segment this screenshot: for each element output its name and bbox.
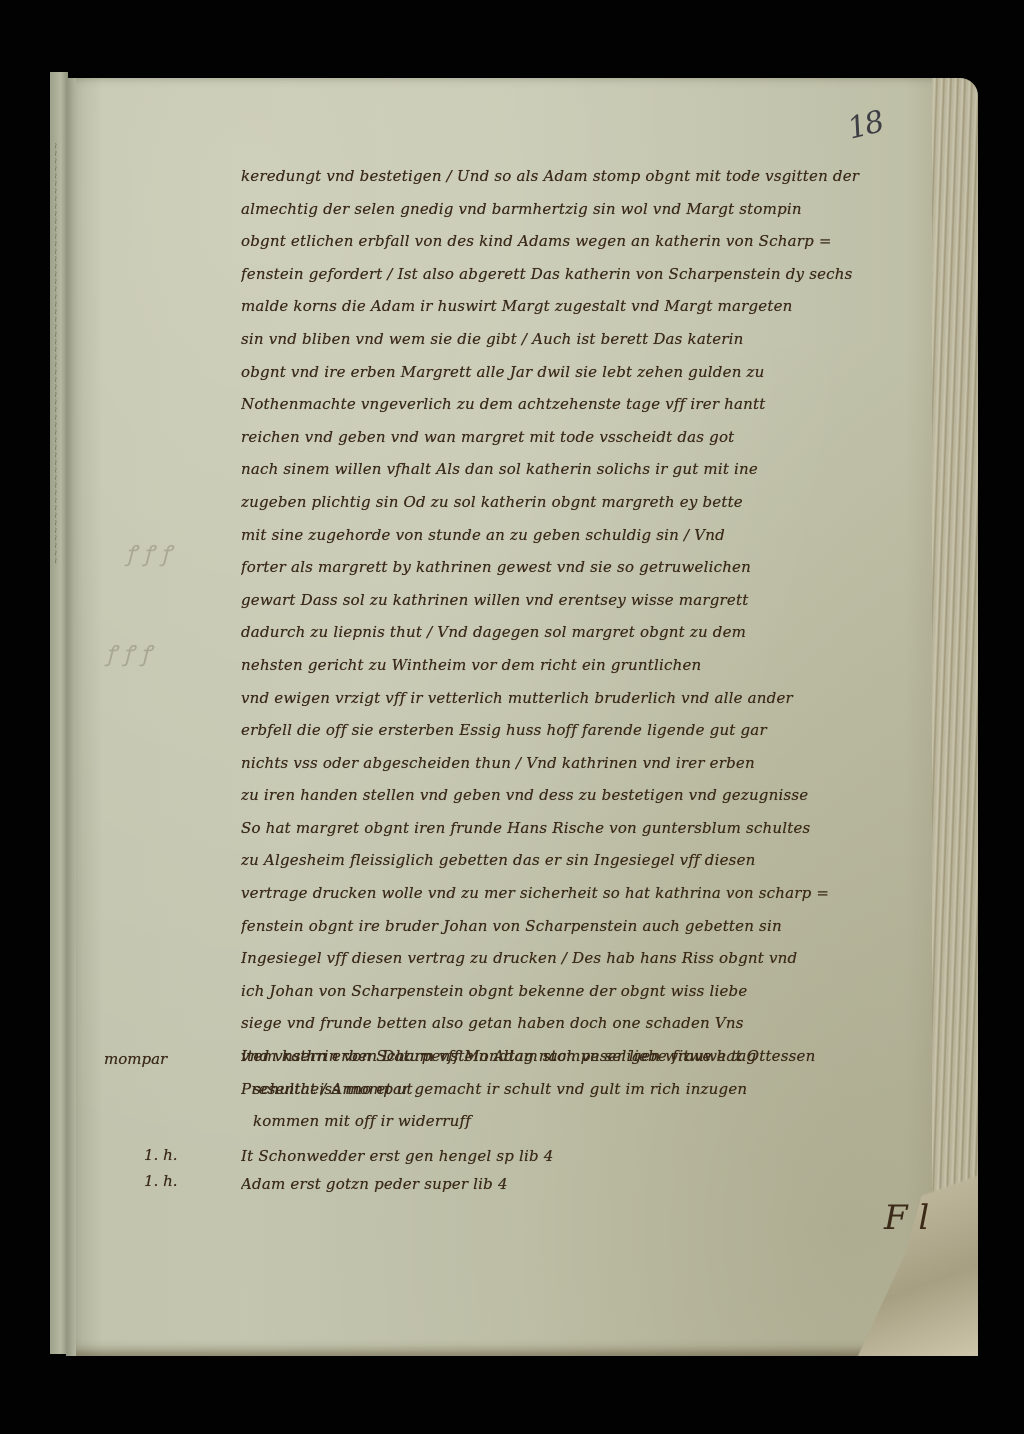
text-line: So hat margret obgnt iren frunde Hans Ri… <box>241 812 961 845</box>
text-line: fenstein gefordert / Ist also abgerett D… <box>241 258 961 291</box>
entry-line: schultheiss mompar gemacht ir schult vnd… <box>241 1073 941 1106</box>
bottom-corner-mark: F l <box>884 1198 929 1238</box>
text-line: nehsten gericht zu Wintheim vor dem rich… <box>241 649 961 682</box>
text-line: zu iren handen stellen vnd geben vnd des… <box>241 779 961 812</box>
text-line: siege vnd frunde betten also getan haben… <box>241 1007 961 1040</box>
text-line: sin vnd bliben vnd wem sie die gibt / Au… <box>241 323 961 356</box>
text-line: vnd ewigen vrzigt vff ir vetterlich mutt… <box>241 682 961 715</box>
text-line: gewart Dass sol zu kathrinen willen vnd … <box>241 584 961 617</box>
text-line: zugeben plichtig sin Od zu sol katherin … <box>241 486 961 519</box>
text-line: fenstein obgnt ire bruder Johan von Scha… <box>241 910 961 943</box>
manuscript-page: 18 ꝭ ꝭ ꝭ ꝭ ꝭ ꝭ keredungt vnd bestetigen … <box>66 78 978 1356</box>
entry-mompar: Item kathrin von Scharpenstein Adam stom… <box>241 1040 941 1138</box>
page-gutter <box>66 78 76 1356</box>
text-line: erbfell die off sie ersterben Essig huss… <box>241 714 961 747</box>
text-line: nichts vss oder abgescheiden thun / Vnd … <box>241 747 961 780</box>
text-line: almechtig der selen gnedig vnd barmhertz… <box>241 193 961 226</box>
text-line: ich Johan von Scharpenstein obgnt bekenn… <box>241 975 961 1008</box>
entry-line: Item kathrin von Scharpenstein Adam stom… <box>241 1040 941 1073</box>
margin-label-entry-3: 1. h. <box>144 1172 178 1190</box>
text-line: nach sinem willen vfhalt Als dan sol kat… <box>241 453 961 486</box>
text-line: obgnt vnd ire erben Margrett alle Jar dw… <box>241 356 961 389</box>
main-text-block: keredungt vnd bestetigen / Und so als Ad… <box>241 160 961 1105</box>
show-through-marks: ꝭ ꝭ ꝭ <box>126 538 171 568</box>
folio-number: 18 <box>844 104 886 146</box>
text-line: Ingesiegel vff diesen vertrag zu drucken… <box>241 942 961 975</box>
entry-line: kommen mit off ir widerruff <box>241 1105 941 1138</box>
text-line: vertrage drucken wolle vnd zu mer sicher… <box>241 877 961 910</box>
previous-leaf-text: ~~~~~~~~~~~~~~~~~~~~~~~~~~~~~~~~~~~~~~~~… <box>52 142 66 1142</box>
margin-label-entry-2: 1. h. <box>144 1146 178 1164</box>
text-line: obgnt etlichen erbfall von des kind Adam… <box>241 225 961 258</box>
show-through-marks: ꝭ ꝭ ꝭ <box>106 638 151 668</box>
text-line: Nothenmachte vngeverlich zu dem achtzehe… <box>241 388 961 421</box>
text-line: mit sine zugehorde von stunde an zu gebe… <box>241 519 961 552</box>
entry-3: Adam erst gotzn peder super lib 4 <box>241 1168 941 1201</box>
text-line: dadurch zu liepnis thut / Vnd dagegen so… <box>241 616 961 649</box>
entry-line: Adam erst gotzn peder super lib 4 <box>241 1168 941 1201</box>
text-line: zu Algesheim fleissiglich gebetten das e… <box>241 844 961 877</box>
text-line: reichen vnd geben vnd wan margret mit to… <box>241 421 961 454</box>
text-line: forter als margrett by kathrinen gewest … <box>241 551 961 584</box>
margin-label-mompar: mompar <box>104 1050 167 1068</box>
text-line: malde korns die Adam ir huswirt Margt zu… <box>241 290 961 323</box>
text-line: keredungt vnd bestetigen / Und so als Ad… <box>241 160 961 193</box>
